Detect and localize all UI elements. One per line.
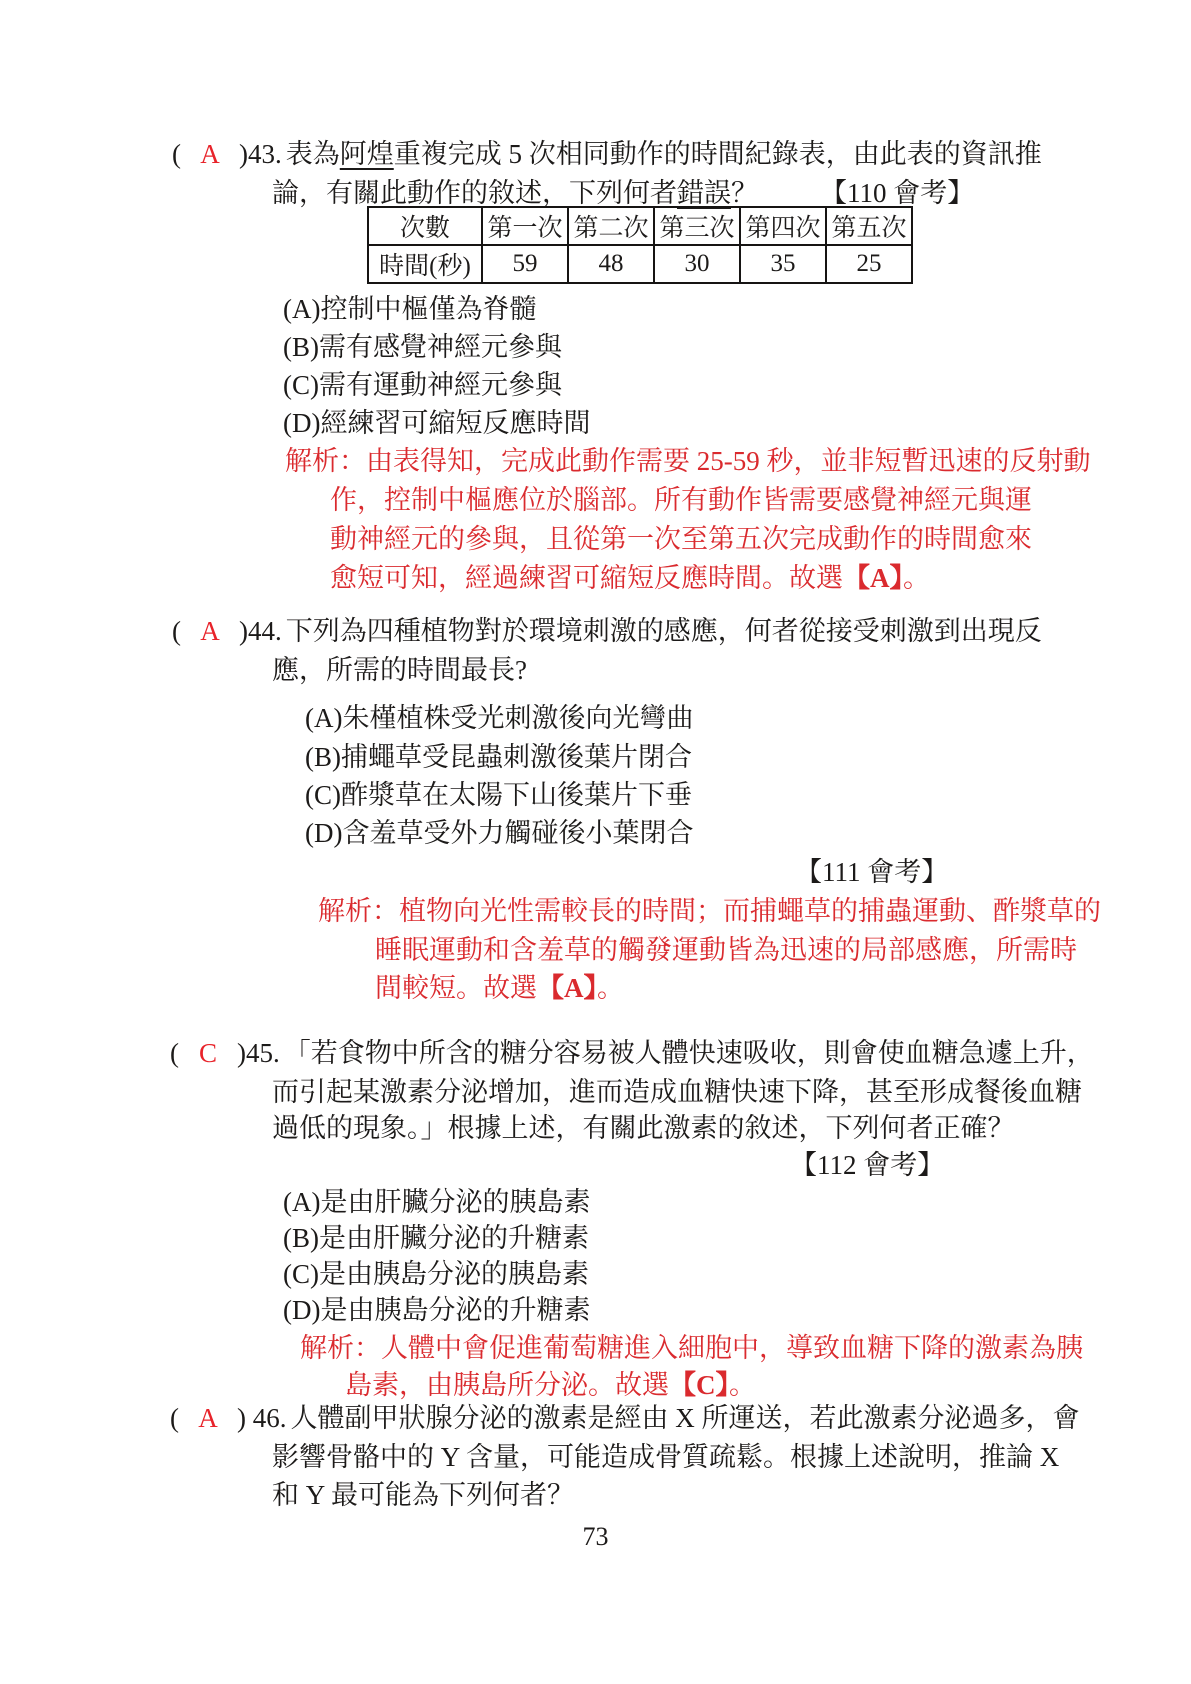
q43-th-3: 第三次 [654, 207, 740, 245]
q43-explanation-4-text: 愈短可知，經過練習可縮短反應時間。故選 [330, 563, 843, 593]
q45-explanation-line-2: 島素，由胰島所分泌。故選【C】。 [345, 1368, 756, 1402]
q43-stem-text-2a: 論，有關此動作的敘述，下列何者 [272, 178, 677, 208]
q44-answer-letter: A [181, 614, 239, 648]
q45-option-b: (B)是由肝臟分泌的升糖素 [283, 1221, 589, 1255]
q45-stem-line-3: 過低的現象。」根據上述，有關此激素的敘述，下列何者正確？ [272, 1111, 1015, 1145]
q45-stem-text-1: 「若食物中所含的糖分容易被人體快速吸收，則會使血糖急遽上升， [284, 1038, 1094, 1068]
q46-stem-line-3: 和 Y 最可能為下列何者？ [272, 1478, 574, 1512]
q45-option-c: (C)是由胰島分泌的胰島素 [283, 1257, 589, 1291]
q44-stem-text-1: 下列為四種植物對於環境刺激的感應，何者從接受刺激到出現反 [286, 616, 1042, 646]
q44-option-c: (C)酢漿草在太陽下山後葉片下垂 [305, 778, 692, 812]
q45-stem-line-2: 而引起某激素分泌增加，進而造成血糖快速下降，甚至形成餐後血糖 [272, 1075, 1082, 1109]
q43-option-a: (A)控制中樞僅為脊髓 [283, 292, 536, 326]
q43-explanation-line-4: 愈短可知，經過練習可縮短反應時間。故選【A】。 [330, 561, 930, 595]
q43-stem-text-1b: 重複完成 5 次相同動作的時間紀錄表，由此表的資訊推 [394, 139, 1042, 169]
q43-stem-underline-wrong: 錯誤 [677, 178, 731, 208]
q44-option-b: (B)捕蠅草受昆蟲刺激後葉片閉合 [305, 740, 692, 774]
q43-stem-underline-name: 阿煌 [340, 139, 394, 169]
q45-paren-open: ( [170, 1038, 179, 1068]
q43-th-1: 第一次 [482, 207, 568, 245]
q43-table-wrap: 次數 第一次 第二次 第三次 第四次 第五次 時間(秒) 59 48 30 35… [367, 206, 913, 284]
q46-answer-letter: A [179, 1401, 237, 1435]
q43-th-2: 第二次 [568, 207, 654, 245]
q44-chosen-answer: 【A】 [537, 973, 597, 1003]
q44-explanation-3-period: 。 [597, 973, 624, 1003]
q43-stem-text-2b: ？ [731, 178, 758, 208]
q45-answer-letter: C [179, 1036, 237, 1070]
q43-explanation-line-1: 解析：由表得知，完成此動作需要 25-59 秒，並非短暫迅速的反射動 [285, 444, 1091, 478]
q43-explanation-4-period: 。 [903, 563, 930, 593]
q43-th-5: 第五次 [826, 207, 912, 245]
q44-explanation-line-1: 解析：植物向光性需較長的時間；而捕蠅草的捕蟲運動、酢漿草的 [318, 894, 1101, 928]
q43-td-4: 35 [740, 245, 826, 283]
q43-option-c: (C)需有運動神經元參與 [283, 368, 562, 402]
q44-explanation-3-text: 間較短。故選 [375, 973, 537, 1003]
q43-chosen-answer: 【A】 [843, 563, 903, 593]
q43-paren-open: ( [172, 139, 181, 169]
q46-stem-line-2: 影響骨骼中的 Y 含量，可能造成骨質疏鬆。根據上述說明，推論 X [272, 1440, 1059, 1474]
q45-explanation-2-text: 島素，由胰島所分泌。故選 [345, 1370, 669, 1400]
q46-stem-line-1: (A) 46.人體副甲狀腺分泌的激素是經由 X 所運送，若此激素分泌過多，會 [170, 1401, 1080, 1435]
q43-stem-line-1: (A)43.表為阿煌重複完成 5 次相同動作的時間紀錄表，由此表的資訊推 [172, 137, 1042, 171]
q43-table-data-row: 時間(秒) 59 48 30 35 25 [368, 245, 912, 283]
q44-number: )44. [239, 616, 282, 646]
q44-exam-tag: 【111 會考】 [795, 855, 948, 889]
q46-paren-open: ( [170, 1403, 179, 1433]
q45-explanation-line-1: 解析：人體中會促進葡萄糖進入細胞中，導致血糖下降的激素為胰 [300, 1331, 1083, 1365]
q43-td-label: 時間(秒) [368, 245, 482, 283]
q44-stem-line-2: 應，所需的時間最長? [272, 653, 527, 687]
q46-number: ) 46. [237, 1403, 287, 1433]
q43-option-d: (D)經練習可縮短反應時間 [283, 406, 590, 440]
exam-page: (A)43.表為阿煌重複完成 5 次相同動作的時間紀錄表，由此表的資訊推 論，有… [0, 0, 1191, 1684]
q44-explanation-line-3: 間較短。故選【A】。 [375, 971, 624, 1005]
page-number: 73 [0, 1522, 1191, 1552]
q43-td-2: 48 [568, 245, 654, 283]
q45-exam-tag: 【112 會考】 [790, 1148, 944, 1182]
q43-number: )43. [239, 139, 282, 169]
q43-stem-text-1a: 表為 [286, 139, 340, 169]
q44-stem-line-1: (A)44.下列為四種植物對於環境刺激的感應，何者從接受刺激到出現反 [172, 614, 1042, 648]
q44-paren-open: ( [172, 616, 181, 646]
q45-chosen-answer: 【C】 [669, 1370, 729, 1400]
q44-explanation-line-2: 睡眠運動和含羞草的觸發運動皆為迅速的局部感應，所需時 [375, 933, 1077, 967]
q43-th-4: 第四次 [740, 207, 826, 245]
q44-option-a: (A)朱槿植株受光刺激後向光彎曲 [305, 701, 693, 735]
q43-option-b: (B)需有感覺神經元參與 [283, 330, 562, 364]
q43-exam-tag: 【110 會考】 [820, 176, 974, 210]
q44-option-d: (D)含羞草受外力觸碰後小葉閉合 [305, 816, 693, 850]
q43-answer-letter: A [181, 137, 239, 171]
q43-stem-line-2: 論，有關此動作的敘述，下列何者錯誤？ [272, 176, 758, 210]
q43-td-1: 59 [482, 245, 568, 283]
q45-explanation-2-period: 。 [729, 1370, 756, 1400]
q43-td-3: 30 [654, 245, 740, 283]
q43-times-table: 次數 第一次 第二次 第三次 第四次 第五次 時間(秒) 59 48 30 35… [367, 206, 913, 284]
q43-th-label: 次數 [368, 207, 482, 245]
q43-table-header-row: 次數 第一次 第二次 第三次 第四次 第五次 [368, 207, 912, 245]
q45-stem-line-1: (C)45.「若食物中所含的糖分容易被人體快速吸收，則會使血糖急遽上升， [170, 1036, 1094, 1070]
q45-option-d: (D)是由胰島分泌的升糖素 [283, 1293, 590, 1327]
q45-option-a: (A)是由肝臟分泌的胰島素 [283, 1185, 590, 1219]
q43-explanation-line-2: 作，控制中樞應位於腦部。所有動作皆需要感覺神經元與運 [330, 483, 1032, 517]
q45-number: )45. [237, 1038, 280, 1068]
q43-td-5: 25 [826, 245, 912, 283]
q46-stem-text-1: 人體副甲狀腺分泌的激素是經由 X 所運送，若此激素分泌過多，會 [291, 1403, 1080, 1433]
q43-explanation-line-3: 動神經元的參與，且從第一次至第五次完成動作的時間愈來 [330, 522, 1032, 556]
